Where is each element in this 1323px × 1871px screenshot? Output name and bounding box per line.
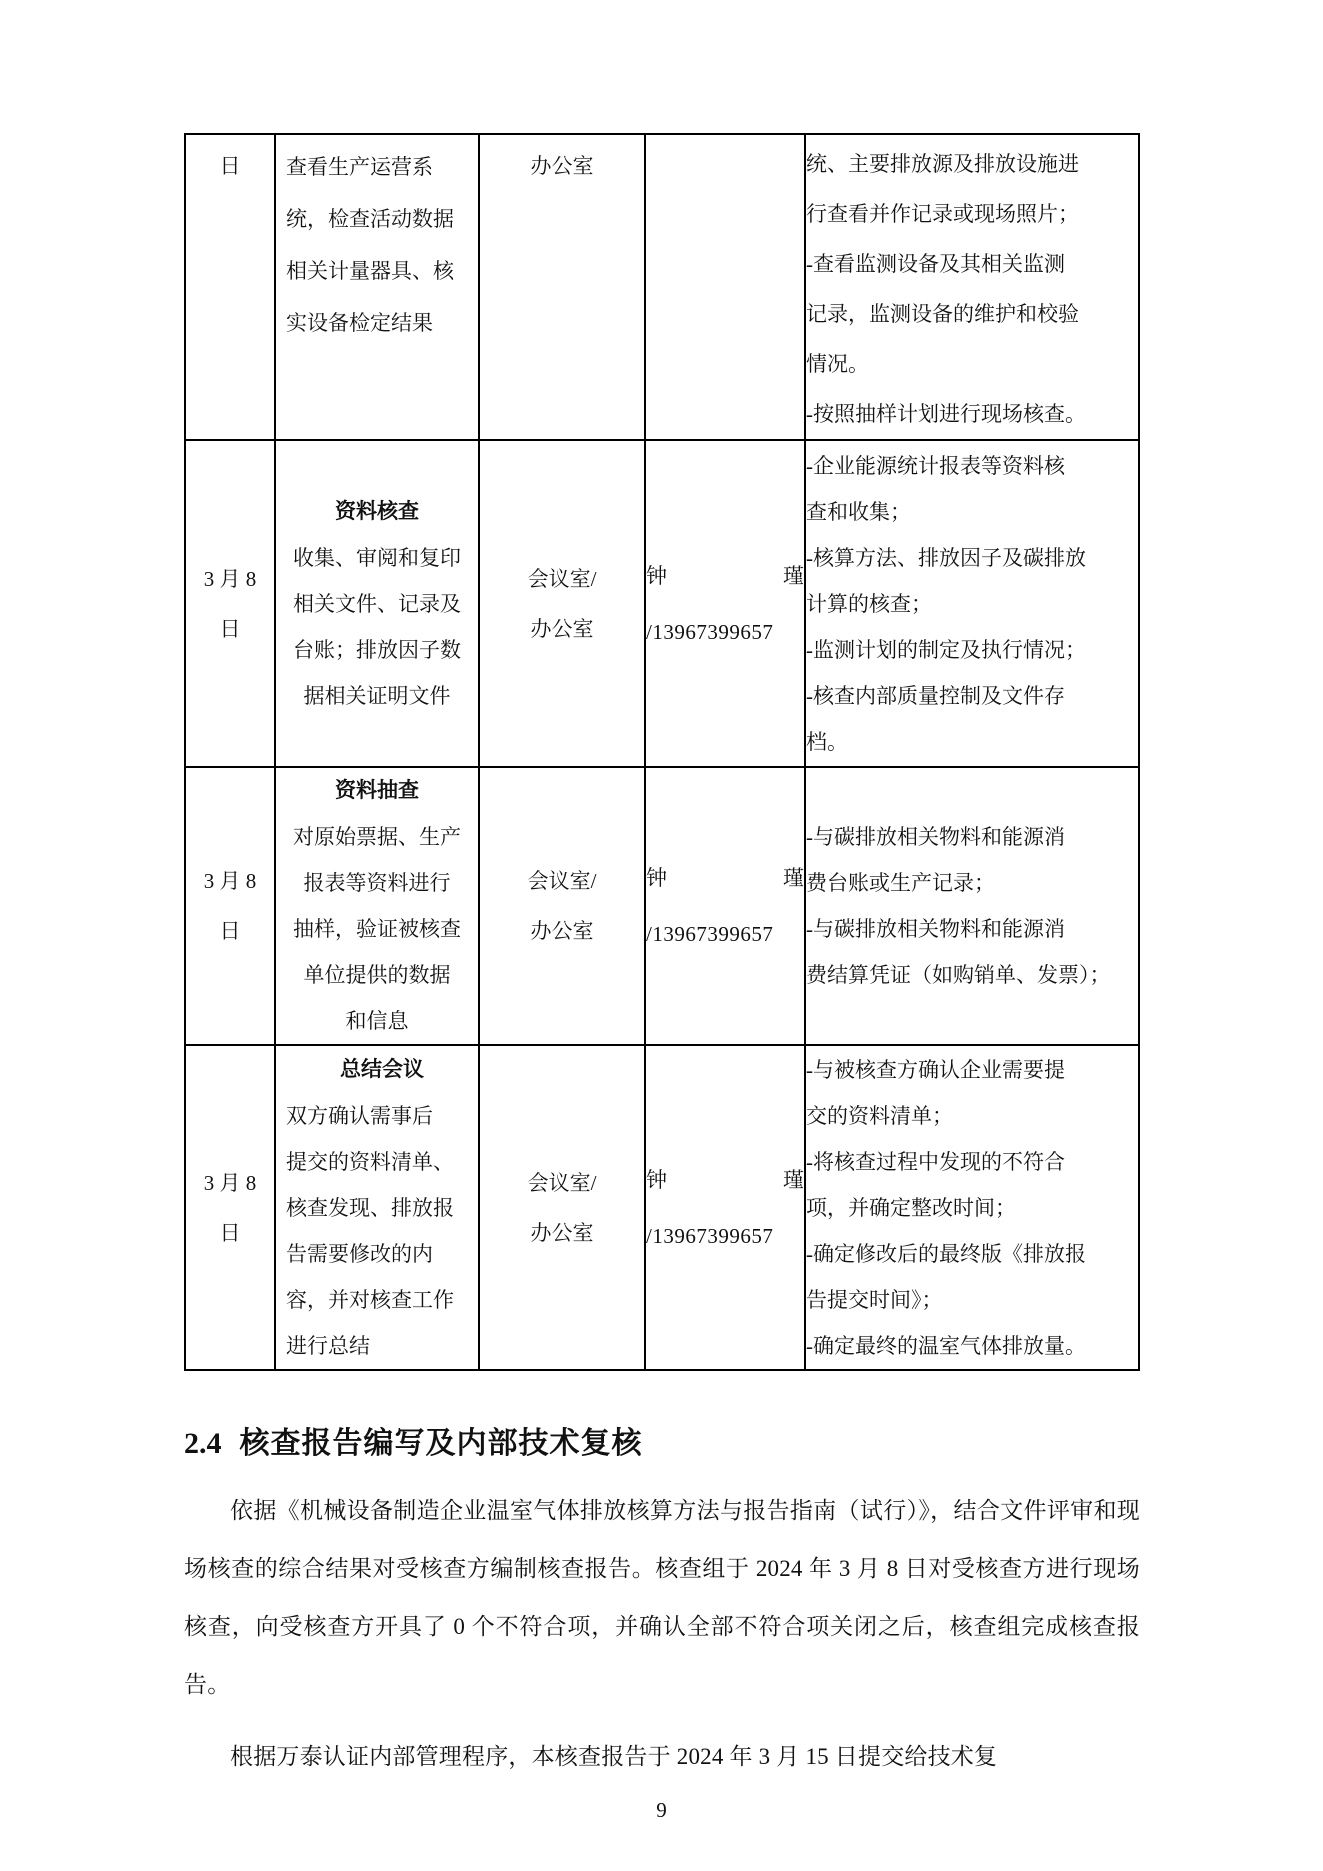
table-row: 3 月 8日 总结会议 双方确认需事后提交的资料清单、核查发现、排放报告需要修改… [185, 1045, 1139, 1370]
date-lines: 日 [186, 141, 274, 191]
person-cell: 钟 瑾 /13967399657 [645, 767, 805, 1045]
activity-title: 资料抽查 [276, 768, 478, 814]
table-row: 日 查看生产运营系统，检查活动数据相关计量器具、核实设备检定结果 办公室 统、主… [185, 134, 1139, 440]
section-heading: 2.4核查报告编写及内部技术复核 [184, 1422, 1138, 1466]
paragraph: 根据万泰认证内部管理程序，本核查报告于 2024 年 3 月 15 日提交给技术… [184, 1728, 1140, 1786]
paragraph: 依据《机械设备制造企业温室气体排放核算方法与报告指南（试行）》，结合文件评审和现… [184, 1482, 1140, 1714]
activity-cell: 资料抽查 对原始票据、生产报表等资料进行抽样，验证被核查单位提供的数据和信息 [275, 767, 479, 1045]
activity-cell: 查看生产运营系统，检查活动数据相关计量器具、核实设备检定结果 [275, 134, 479, 440]
date-cell: 3 月 8日 [185, 440, 275, 767]
location-lines: 会议室/办公室 [480, 1158, 644, 1258]
page-number: 9 [0, 1798, 1323, 1823]
person-phone: /13967399657 [646, 1208, 804, 1264]
person-cell [645, 134, 805, 440]
location-lines: 办公室 [480, 141, 644, 191]
activity-lines: 查看生产运营系统，检查活动数据相关计量器具、核实设备检定结果 [286, 141, 478, 349]
verification-schedule-table: 日 查看生产运营系统，检查活动数据相关计量器具、核实设备检定结果 办公室 统、主… [184, 133, 1140, 1371]
location-cell: 办公室 [479, 134, 645, 440]
person-phone: /13967399657 [646, 906, 804, 962]
person-phone: /13967399657 [646, 604, 804, 660]
content-lines: 统、主要排放源及排放设施进行查看并作记录或现场照片；-查看监测设备及其相关监测记… [806, 139, 1138, 439]
date-lines: 3 月 8日 [186, 856, 274, 956]
date-cell: 日 [185, 134, 275, 440]
content-lines: -与碳排放相关物料和能源消费台账或生产记录；-与碳排放相关物料和能源消费结算凭证… [806, 814, 1138, 998]
content-cell: 统、主要排放源及排放设施进行查看并作记录或现场照片；-查看监测设备及其相关监测记… [805, 134, 1139, 440]
date-lines: 3 月 8日 [186, 1158, 274, 1258]
document-page: 日 查看生产运营系统，检查活动数据相关计量器具、核实设备检定结果 办公室 统、主… [0, 0, 1323, 1871]
activity-lines: 收集、审阅和复印相关文件、记录及台账；排放因子数据相关证明文件 [276, 535, 478, 719]
content-cell: -与被核查方确认企业需要提交的资料清单；-将核查过程中发现的不符合项，并确定整改… [805, 1045, 1139, 1370]
content-cell: -与碳排放相关物料和能源消费台账或生产记录；-与碳排放相关物料和能源消费结算凭证… [805, 767, 1139, 1045]
person-name: 钟 瑾 [646, 850, 804, 906]
activity-lines: 对原始票据、生产报表等资料进行抽样，验证被核查单位提供的数据和信息 [276, 814, 478, 1044]
activity-cell: 总结会议 双方确认需事后提交的资料清单、核查发现、排放报告需要修改的内容，并对核… [275, 1045, 479, 1370]
location-cell: 会议室/办公室 [479, 767, 645, 1045]
table-row: 3 月 8日 资料核查 收集、审阅和复印相关文件、记录及台账；排放因子数据相关证… [185, 440, 1139, 767]
section-title: 核查报告编写及内部技术复核 [240, 1427, 643, 1460]
table-row: 3 月 8日 资料抽查 对原始票据、生产报表等资料进行抽样，验证被核查单位提供的… [185, 767, 1139, 1045]
content-lines: -与被核查方确认企业需要提交的资料清单；-将核查过程中发现的不符合项，并确定整改… [806, 1047, 1138, 1369]
person-cell: 钟 瑾 /13967399657 [645, 1045, 805, 1370]
location-cell: 会议室/办公室 [479, 440, 645, 767]
activity-title: 总结会议 [286, 1047, 478, 1093]
location-lines: 会议室/办公室 [480, 554, 644, 654]
person-name: 钟 瑾 [646, 1152, 804, 1208]
content-cell: -企业能源统计报表等资料核查和收集；-核算方法、排放因子及碳排放计算的核查；-监… [805, 440, 1139, 767]
section-number: 2.4 [184, 1427, 222, 1460]
activity-cell: 资料核查 收集、审阅和复印相关文件、记录及台账；排放因子数据相关证明文件 [275, 440, 479, 767]
location-cell: 会议室/办公室 [479, 1045, 645, 1370]
activity-title: 资料核查 [276, 489, 478, 535]
date-cell: 3 月 8日 [185, 1045, 275, 1370]
date-lines: 3 月 8日 [186, 554, 274, 654]
content-lines: -企业能源统计报表等资料核查和收集；-核算方法、排放因子及碳排放计算的核查；-监… [806, 443, 1138, 765]
location-lines: 会议室/办公室 [480, 856, 644, 956]
body-text: 依据《机械设备制造企业温室气体排放核算方法与报告指南（试行）》，结合文件评审和现… [184, 1482, 1140, 1786]
person-name: 钟 瑾 [646, 548, 804, 604]
person-cell: 钟 瑾 /13967399657 [645, 440, 805, 767]
date-cell: 3 月 8日 [185, 767, 275, 1045]
activity-lines: 双方确认需事后提交的资料清单、核查发现、排放报告需要修改的内容，并对核查工作进行… [286, 1093, 478, 1369]
